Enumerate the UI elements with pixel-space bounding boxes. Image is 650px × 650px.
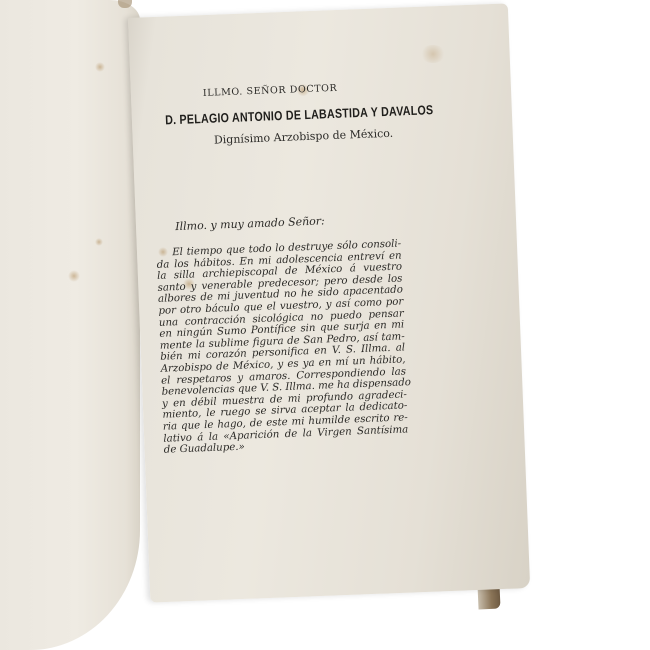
foxing-stain bbox=[68, 270, 80, 282]
dedication-body: El tiempo que todo lo destruye sólo cons… bbox=[156, 238, 409, 456]
left-page bbox=[0, 0, 140, 650]
recipient-title: Dignísimo Arzobispo de México. bbox=[214, 126, 412, 147]
dedication-page: ILLMO. SEÑOR DOCTOR D. PELAGIO ANTONIO D… bbox=[150, 80, 424, 456]
foxing-stain bbox=[95, 62, 105, 72]
greeting: Illmo. y muy amado Señor: bbox=[175, 211, 415, 233]
foxing-stain bbox=[95, 238, 103, 246]
recipient-name: D. PELAGIO ANTONIO DE LABASTIDA Y DAVALO… bbox=[165, 105, 367, 128]
foxing-stain bbox=[420, 45, 446, 63]
